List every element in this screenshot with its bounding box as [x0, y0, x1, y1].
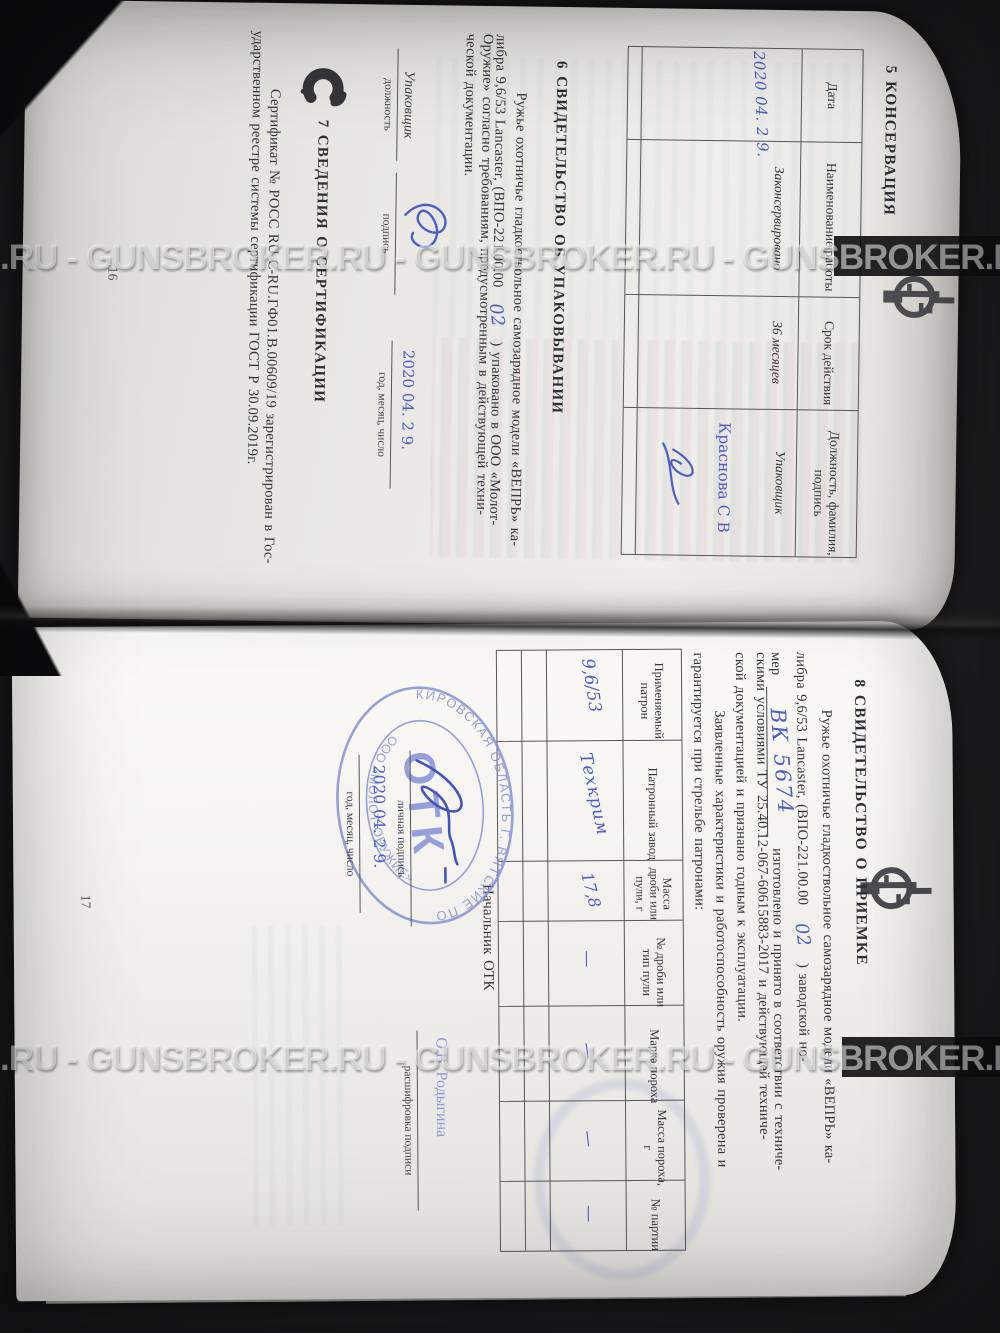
date-label: год, месяц, число	[375, 340, 389, 488]
page-number: 17	[78, 895, 94, 909]
col-header: № партии	[627, 1180, 686, 1270]
acceptance-table: Применяемый патрон Патронный завод Масса…	[496, 649, 686, 1252]
col-header-signature: Должность, фамилия, подпись	[795, 409, 857, 577]
handwritten-name: Краснова С В	[714, 422, 734, 533]
packer-table-signature	[658, 437, 707, 510]
handwritten-dash: —	[579, 1205, 599, 1222]
row-term-value: 36 месяцев	[764, 296, 790, 409]
watermark-band-bottom: .RU - GUNSBROKER.RU - GUNSBROKER.RU - GU…	[0, 1039, 1000, 1083]
col-header-work: Наименование работы	[799, 141, 861, 313]
page-17-content: 8 СВИДЕТЕЛЬСТВО О ПРИЕМКЕ Ружье охотничь…	[12, 621, 957, 1302]
section-5-title: 5 КОНСЕРВАЦИЯ	[879, 65, 899, 216]
ink-bleed-ghost	[430, 337, 623, 560]
date-rule	[390, 341, 393, 489]
packing-text-line: ческой документации.	[460, 34, 479, 177]
handwritten-dash: —	[577, 1129, 599, 1148]
page-16: 5 КОНСЕРВАЦИЯ Дата Наименование работы С…	[18, 0, 963, 631]
handwritten-dash: —	[577, 950, 597, 967]
acceptance-text-line: Заявленные характеристики и работоспособ…	[710, 710, 730, 1167]
col-header-date: Дата	[801, 49, 862, 142]
col-header: Масса дроби или пули, г	[624, 860, 682, 928]
col-header: Применяемый патрон	[623, 650, 682, 752]
signature-label: личная подпись	[395, 751, 408, 927]
date-label: год, месяц, число	[344, 755, 357, 913]
handwritten-variant: 02	[790, 921, 814, 947]
photo-corner-shadow	[0, 0, 130, 160]
acceptance-text-line: ской документацией и признано годным к э…	[731, 652, 751, 1022]
table-row-line	[635, 47, 643, 554]
handwritten-mass: 17,8	[577, 870, 604, 909]
packer-position-value: Упаковщик	[396, 49, 417, 161]
row-position-value: Упаковщик	[768, 409, 792, 556]
acceptance-text-line: гарантируется при стрельбе патронами:	[689, 652, 708, 910]
handwritten-cartridge: 9,6/53	[577, 657, 605, 714]
acceptance-text-line: либра 9,6/53 Lancaster, (ВПО-221.00.00 0…	[792, 652, 816, 1062]
acceptance-text-line: Ружье охотничье гладкоствольное самозаря…	[817, 710, 837, 1164]
section-8-title: 8 СВИДЕТЕЛЬСТВО О ПРИЕМКЕ	[850, 679, 870, 966]
position-label: должность	[381, 48, 395, 160]
acceptance-text-part: либра 9,6/53 Lancaster, (ВПО-221.00.00	[793, 652, 811, 905]
molot-logo-icon	[859, 859, 933, 918]
conservation-table: Дата Наименование работы Срок действия Д…	[621, 46, 864, 558]
handwritten-factory: Техкрим	[575, 751, 613, 837]
handwritten-packing-date: 2020 04. 2 9.	[398, 350, 417, 450]
acceptance-text-part: мер	[768, 652, 784, 676]
photo-background: 5 КОНСЕРВАЦИЯ Дата Наименование работы С…	[0, 0, 1000, 1333]
handwritten-acceptance-date: 2020 04. 2 9.	[370, 765, 389, 869]
rst-mark-icon	[295, 61, 352, 110]
page-17: 8 СВИДЕТЕЛЬСТВО О ПРИЕМКЕ Ружье охотничь…	[12, 621, 957, 1302]
page-16-content: 5 КОНСЕРВАЦИЯ Дата Наименование работы С…	[18, 0, 963, 631]
watermark-band-top: .RU - GUNSBROKER.RU - GUNSBROKER.RU - GU…	[0, 238, 1000, 282]
